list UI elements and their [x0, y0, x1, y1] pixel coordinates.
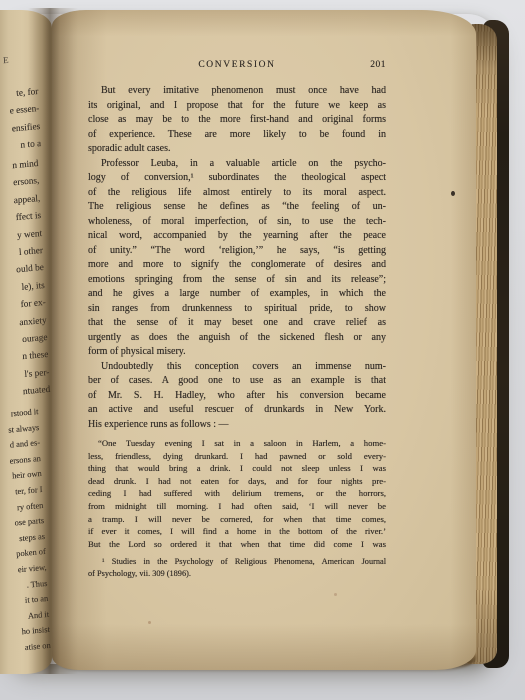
fragment-group-upper: te, fore essen-ensifiesn to a — [0, 84, 42, 157]
text-line: Professor Leuba, in a valuable article o… — [88, 157, 386, 172]
page-speck — [334, 593, 337, 596]
text-line: His experience runs as follows : — — [88, 418, 386, 433]
text-line: But every imitative phenomenon must once… — [88, 84, 386, 99]
chapter-title: CONVERSION — [88, 60, 386, 70]
right-page: CONVERSION 201 But every imitative pheno… — [52, 10, 476, 670]
running-header: CONVERSION 201 — [88, 60, 386, 70]
text-fragment: ntuated — [12, 382, 51, 403]
text-line: more and more to signify the conglomerat… — [88, 258, 386, 273]
left-page-header-fragment: E — [3, 55, 10, 65]
text-line: The religious sense he defines as “the f… — [88, 200, 386, 215]
text-line: sporadic adult cases. — [88, 142, 386, 157]
text-line: close as may be to the more first-hand a… — [88, 113, 386, 128]
page-body: But every imitative phenomenon must once… — [88, 84, 386, 580]
text-line: emotions springing from the sense of sin… — [88, 273, 386, 288]
text-fragment: n to a — [3, 136, 42, 157]
text-line: form of physical misery. — [88, 345, 386, 360]
text-line: of Mr. S. H. Hadley, who after his conve… — [88, 389, 386, 404]
text-line: But the Lord so ordered it that when tha… — [88, 538, 386, 551]
paragraph-body: Professor Leuba, in a valuable article o… — [88, 157, 386, 360]
text-line: wholeness, of moral imperfection, of sin… — [88, 215, 386, 230]
fragment-group-middle: n mindersons,appeal,ffect isy wentl othe… — [0, 156, 51, 403]
text-line: an active and useful rescuer of drunkard… — [88, 403, 386, 418]
text-line: urgently as does the anguish of the sick… — [88, 331, 386, 346]
book-photo: E te, fore essen-ensifiesn to a n minder… — [0, 0, 525, 700]
text-line: dead drunk. I had not eaten for days, an… — [88, 475, 386, 488]
text-line: from midnight till morning. I had often … — [88, 500, 386, 513]
text-line: a tramp. I will never be cornered, for w… — [88, 513, 386, 526]
paragraph-body: Undoubtedly this conception covers an im… — [88, 360, 386, 433]
text-line: Undoubtedly this conception covers an im… — [88, 360, 386, 375]
paragraph-footnote: ¹ Studies in the Psychology of Religious… — [88, 556, 386, 579]
text-line: sin ranges from drunkenness to spiritual… — [88, 302, 386, 317]
text-line: of Psychology, vii. 309 (1896). — [88, 568, 386, 580]
text-line: of the religious life almost entirely to… — [88, 186, 386, 201]
text-line: its original, and I propose that for the… — [88, 99, 386, 114]
text-line: nical word, accompanied by the yearning … — [88, 229, 386, 244]
page-speck — [148, 621, 151, 624]
page-number: 201 — [370, 60, 386, 70]
ink-speck — [451, 191, 455, 196]
text-fragment: atise on — [12, 638, 51, 657]
text-line: “One Tuesday evening I sat in a saloon i… — [88, 437, 386, 450]
text-line: that the sense of it may beset one and c… — [88, 316, 386, 331]
left-page-sliver: E te, fore essen-ensifiesn to a n minder… — [0, 10, 52, 674]
text-line: of experience. These are more likely to … — [88, 128, 386, 143]
paragraph-quote: “One Tuesday evening I sat in a saloon i… — [88, 437, 386, 550]
paragraph-body: But every imitative phenomenon must once… — [88, 84, 386, 157]
text-line: thing that would bring a drink. I could … — [88, 462, 386, 475]
text-line: logy of conversion,¹ subordinates the th… — [88, 171, 386, 186]
text-line: if ever it comes, I will find a home in … — [88, 525, 386, 538]
text-line: ber of cases. A good one to use as an ex… — [88, 374, 386, 389]
text-line: less, friendless, dying drunkard. I had … — [88, 450, 386, 463]
fragment-group-lower: rstood itst alwaysd and es-ersons anheir… — [0, 404, 51, 657]
text-line: ¹ Studies in the Psychology of Religious… — [88, 556, 386, 568]
text-line: of unity.” “The word ‘religion,’” he say… — [88, 244, 386, 259]
text-line: and he gives a large number of examples,… — [88, 287, 386, 302]
text-line: ceding I had suffered with delirium trem… — [88, 487, 386, 500]
